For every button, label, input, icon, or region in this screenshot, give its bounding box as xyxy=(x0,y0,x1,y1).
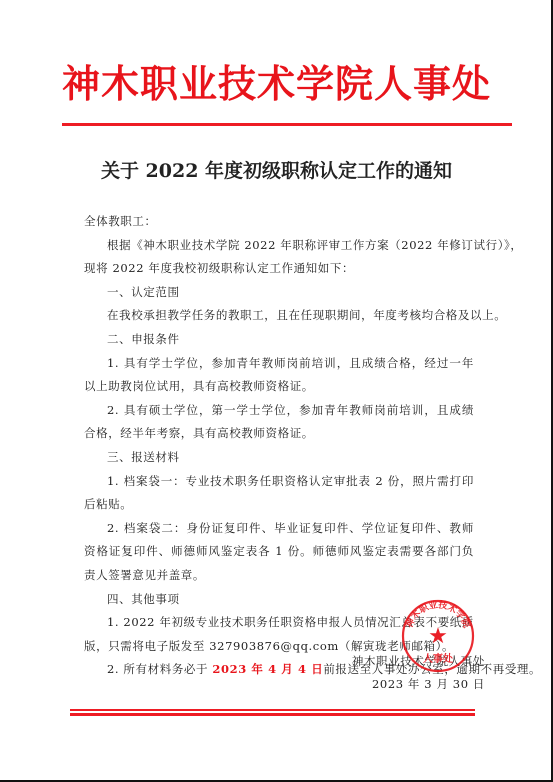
intro-line-1: 根据《神木职业技术学院 2022 年职称评审工作方案（2022 年修订试行）》， xyxy=(84,234,474,258)
intro-line-2: 现将 2022 年度我校初级职称认定工作通知如下： xyxy=(84,257,474,281)
svg-text:★: ★ xyxy=(428,624,448,649)
deadline-date: 2023 年 4 月 4 日 xyxy=(212,662,323,676)
official-seal-icon: 神木职业技术学院 ★ 人事处 xyxy=(400,598,476,674)
section-heading-conditions: 二、申报条件 xyxy=(84,328,474,352)
condition-item-2: 2. 具有硕士学位，第一学士学位，参加青年教师岗前培训，且成绩合格，经半年考察，… xyxy=(84,399,474,446)
section-heading-materials: 三、报送材料 xyxy=(84,446,474,470)
materials-item-1: 1. 档案袋一：专业技术职务任职资格认定审批表 2 份，照片需打印后粘贴。 xyxy=(84,470,474,517)
materials-item-2: 2. 档案袋二：身份证复印件、毕业证复印件、学位证复印件、教师资格证复印件、师德… xyxy=(84,517,474,588)
organization-letterhead: 神木职业技术学院人事处 xyxy=(0,62,553,106)
signature-date: 2023 年 3 月 30 日 xyxy=(352,673,485,696)
letterhead-divider xyxy=(62,123,512,126)
footer-divider-thick xyxy=(70,713,475,716)
svg-text:人事处: 人事处 xyxy=(423,652,453,665)
scope-text: 在我校承担教学任务的教职工，且在任现职期间，年度考核均合格及以上。 xyxy=(84,304,474,328)
deadline-prefix: 2. 所有材料务必于 xyxy=(107,662,212,676)
section-heading-scope: 一、认定范围 xyxy=(84,281,474,305)
salutation: 全体教职工： xyxy=(84,210,474,234)
footer-divider-thin xyxy=(70,709,475,711)
condition-item-1: 1. 具有学士学位，参加青年教师岗前培训，且成绩合格，经过一年以上助教岗位试用，… xyxy=(84,352,474,399)
notice-title: 关于 2022 年度初级职称认定工作的通知 xyxy=(0,158,553,184)
document-page: 神木职业技术学院人事处 关于 2022 年度初级职称认定工作的通知 全体教职工：… xyxy=(0,0,553,782)
